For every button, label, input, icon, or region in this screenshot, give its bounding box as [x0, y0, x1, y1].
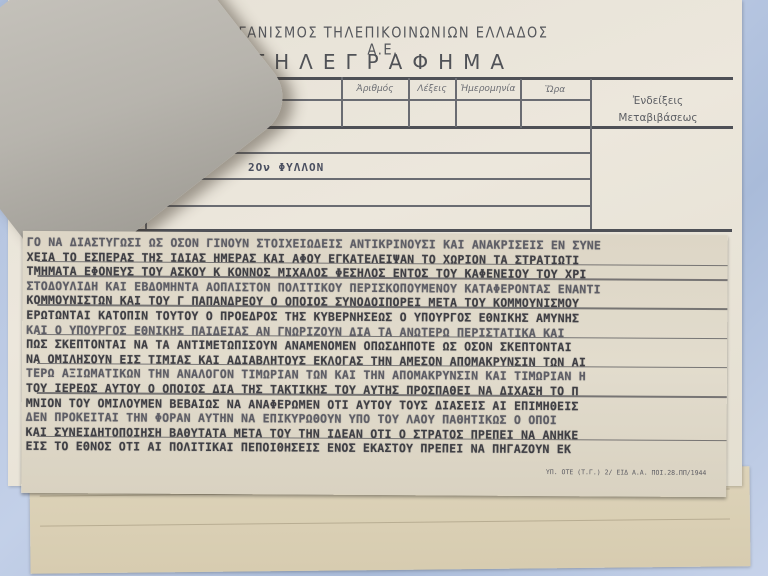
address-rule: [146, 178, 590, 180]
indications-label-1: Ἐνδείξεις: [593, 93, 723, 110]
time-label: Ὥρα: [521, 85, 589, 95]
message-strip: ΓΟ ΝΑ ΔΙΑΣΤΥΓΩΣΙ ΩΣ ΟΣΟΝ ΓΙΝΟΥΝ ΣΤΟΙΧΕΙΩ…: [21, 231, 728, 497]
date-label: Ἡμερομηνία: [456, 84, 520, 94]
form-code: ΥΠ. ΟΤΕ (Τ.Γ.) 2/ ΕΙΔ Α.Α. ΠΟΙ.28.ΠΠ/194…: [546, 468, 706, 477]
indications-label-2: Μεταβιβάσεως: [593, 110, 723, 127]
sheet-number-note: 2Ον ΦΥΛΛΟΝ: [248, 161, 324, 174]
message-line: ΕΙΣ ΤΟ ΕΘΝΟΣ ΟΤΙ ΑΙ ΠΟΛΙΤΙΚΑΙ ΠΕΠΟΙΘΗΣΕΙ…: [25, 439, 571, 456]
words-label: Λέξεις: [409, 84, 455, 94]
ruled-line: [40, 518, 730, 526]
address-rule: [146, 205, 590, 207]
number-label: Ἀριθμός: [343, 84, 407, 94]
indications-column-divider: [590, 79, 592, 229]
